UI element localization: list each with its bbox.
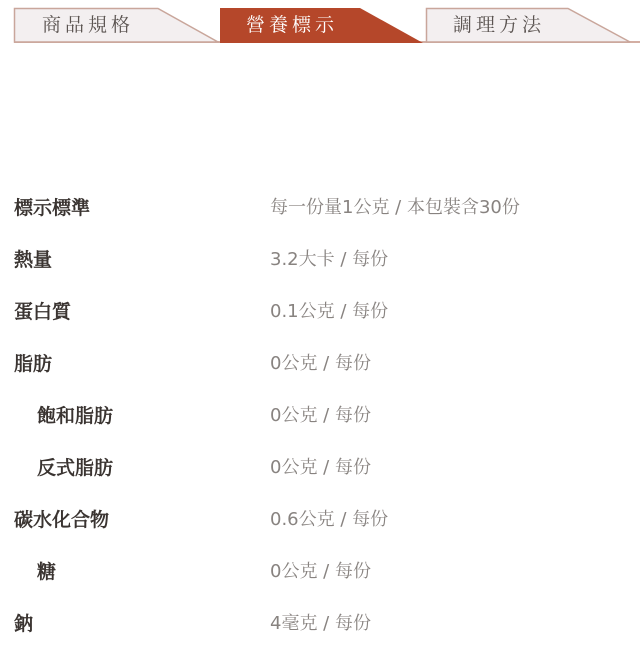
tab-nutrition-facts[interactable]: 營養標示 <box>220 8 426 43</box>
tab-product-specs[interactable]: 商品規格 <box>14 8 220 43</box>
nutrition-row-serving-standard: 標示標準 每一份量1公克 / 本包裝含30份 <box>0 190 640 242</box>
nutrition-label: 鈉 <box>14 606 33 640</box>
nutrition-value: 0.6公克 / 每份 <box>270 502 388 538</box>
nutrition-row-trans-fat: 反式脂肪 0公克 / 每份 <box>0 450 640 502</box>
nutrition-value: 3.2大卡 / 每份 <box>270 242 388 278</box>
nutrition-label: 脂肪 <box>14 346 52 382</box>
tab-label: 調理方法 <box>453 8 545 43</box>
nutrition-value: 4毫克 / 每份 <box>270 606 371 640</box>
nutrition-value: 0公克 / 每份 <box>270 398 371 434</box>
nutrition-value: 0公克 / 每份 <box>270 450 371 486</box>
nutrition-value: 0公克 / 每份 <box>270 554 371 590</box>
nutrition-row-sodium: 鈉 4毫克 / 每份 <box>0 606 640 640</box>
nutrition-label: 糖 <box>37 554 56 590</box>
nutrition-row-fat: 脂肪 0公克 / 每份 <box>0 346 640 398</box>
tab-label: 商品規格 <box>42 8 134 43</box>
nutrition-row-calories: 熱量 3.2大卡 / 每份 <box>0 242 640 294</box>
tab-label: 營養標示 <box>246 8 338 43</box>
nutrition-label: 飽和脂肪 <box>37 398 113 434</box>
nutrition-label: 蛋白質 <box>14 294 71 330</box>
tab-bar: 商品規格 營養標示 調理方法 <box>0 0 640 48</box>
nutrition-label: 反式脂肪 <box>37 450 113 486</box>
nutrition-row-carbohydrate: 碳水化合物 0.6公克 / 每份 <box>0 502 640 554</box>
nutrition-row-protein: 蛋白質 0.1公克 / 每份 <box>0 294 640 346</box>
nutrition-value: 0.1公克 / 每份 <box>270 294 388 330</box>
tab-cooking-method[interactable]: 調理方法 <box>426 8 636 43</box>
nutrition-row-saturated-fat: 飽和脂肪 0公克 / 每份 <box>0 398 640 450</box>
nutrition-label: 標示標準 <box>14 190 90 226</box>
nutrition-table: 標示標準 每一份量1公克 / 本包裝含30份 熱量 3.2大卡 / 每份 蛋白質… <box>0 190 640 640</box>
nutrition-row-sugar: 糖 0公克 / 每份 <box>0 554 640 606</box>
nutrition-value: 每一份量1公克 / 本包裝含30份 <box>270 190 520 226</box>
nutrition-label: 熱量 <box>14 242 52 278</box>
nutrition-label: 碳水化合物 <box>14 502 109 538</box>
nutrition-value: 0公克 / 每份 <box>270 346 371 382</box>
